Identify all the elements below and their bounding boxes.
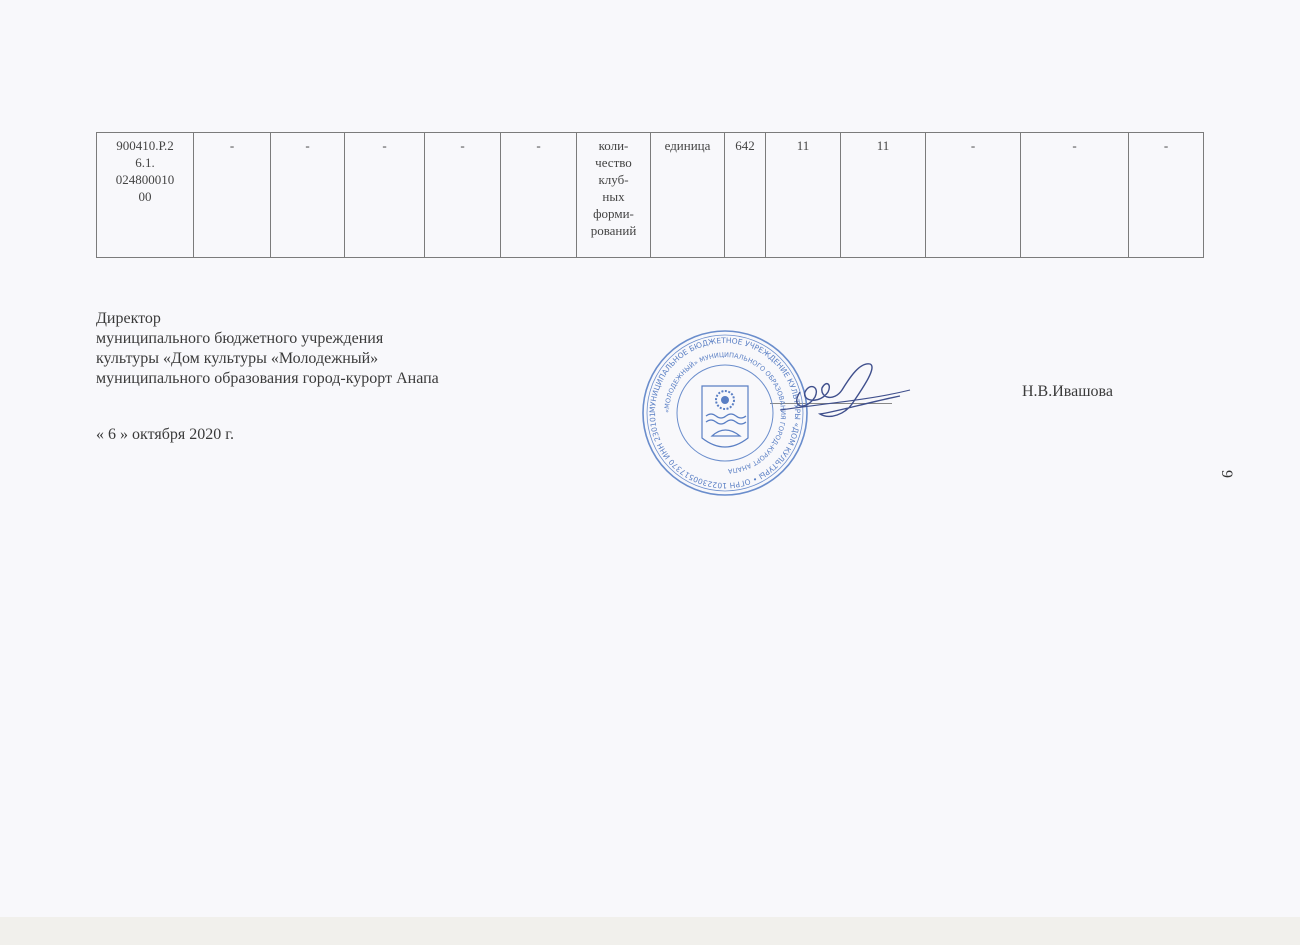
signer-name: Н.В.Ивашова <box>1022 383 1113 401</box>
organization-line: муниципального образования город-курорт … <box>96 369 439 389</box>
service-indicator-table: 900410.Р.2 6.1. 024800010 00 - - - - - к… <box>96 132 1204 258</box>
director-title-block: Директор муниципального бюджетного учреж… <box>96 309 439 389</box>
table-cell: - <box>926 133 1021 258</box>
table-cell: - <box>194 133 271 258</box>
table-cell: - <box>271 133 345 258</box>
indicator-name-cell: коли- чество клуб- ных форми- рований <box>577 133 651 258</box>
table-cell: - <box>345 133 425 258</box>
value-cell: 11 <box>766 133 841 258</box>
table-cell: - <box>501 133 577 258</box>
okei-code-cell: 642 <box>725 133 766 258</box>
value-cell: 11 <box>841 133 926 258</box>
table-row: 900410.Р.2 6.1. 024800010 00 - - - - - к… <box>97 133 1204 258</box>
registry-code-cell: 900410.Р.2 6.1. 024800010 00 <box>97 133 194 258</box>
signer-position: Директор <box>96 309 439 329</box>
unit-cell: единица <box>651 133 725 258</box>
handwritten-signature <box>760 352 940 432</box>
table-cell: - <box>425 133 501 258</box>
signature-date: « 6 » октября 2020 г. <box>96 426 234 444</box>
table-cell: - <box>1021 133 1129 258</box>
table-cell: - <box>1129 133 1204 258</box>
organization-line: культуры «Дом культуры «Молодежный» <box>96 349 439 369</box>
page-number: 9 <box>1217 470 1235 478</box>
scan-bottom-edge <box>0 917 1300 945</box>
organization-line: муниципального бюджетного учреждения <box>96 329 439 349</box>
